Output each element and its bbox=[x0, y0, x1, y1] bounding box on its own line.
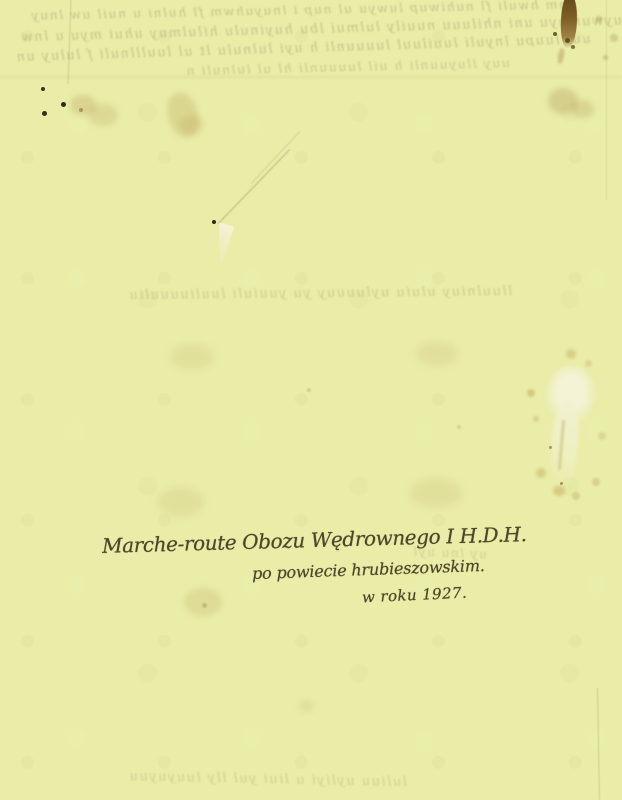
photo-mount-smudge bbox=[410, 478, 462, 508]
scanned-document-page: lnm hwuli fl nuhiwup luwyu ul nup i lnuy… bbox=[0, 0, 622, 800]
stain bbox=[527, 389, 535, 397]
ink-dot bbox=[560, 482, 563, 485]
fold-line bbox=[606, 0, 607, 200]
bleedthrough-line-top-4: uuy lluyuunli h uil luuuunli hl ul lulnu… bbox=[185, 55, 510, 78]
bleedthrough-line-bottom: luliuu uyliyi u liui yul lly luuyuyuu bbox=[128, 769, 407, 790]
stain bbox=[548, 88, 578, 114]
title-line-3: w roku 1927. bbox=[362, 584, 468, 607]
ink-dot bbox=[42, 111, 47, 116]
crease-line bbox=[218, 149, 290, 224]
stain bbox=[603, 55, 608, 60]
stain bbox=[88, 104, 118, 126]
paper-texture bbox=[0, 0, 622, 800]
title-line-2: po powiecie hrubieszowskim. bbox=[252, 556, 485, 583]
ink-dot bbox=[212, 220, 216, 224]
stain bbox=[202, 603, 207, 608]
stain bbox=[533, 416, 539, 422]
repair-patch bbox=[549, 399, 581, 487]
stain bbox=[592, 478, 600, 486]
stain bbox=[610, 34, 618, 42]
stain bbox=[553, 486, 565, 496]
stain bbox=[566, 349, 576, 359]
photo-mount-smudge bbox=[158, 487, 204, 517]
stain bbox=[536, 468, 546, 478]
stain bbox=[572, 100, 594, 118]
fold-line bbox=[597, 688, 600, 800]
fold-line bbox=[0, 76, 622, 78]
stain bbox=[298, 700, 314, 712]
stain bbox=[307, 388, 311, 392]
bleedthrough-line-middle: lluulniuy uluiu uyluuuuy yu yuuiuli luul… bbox=[128, 284, 512, 303]
stain bbox=[585, 360, 592, 367]
ink-dot bbox=[61, 102, 66, 107]
stain bbox=[180, 115, 204, 135]
stain bbox=[70, 95, 96, 115]
crease-line bbox=[251, 131, 300, 184]
repair-patch bbox=[545, 366, 597, 424]
photo-mount-smudge bbox=[170, 344, 214, 370]
stain bbox=[184, 588, 222, 616]
ink-dot bbox=[79, 108, 83, 112]
ink-dot bbox=[41, 87, 45, 91]
stain bbox=[572, 492, 580, 500]
paper-tear-tail bbox=[557, 48, 566, 65]
stain bbox=[598, 432, 606, 440]
stain bbox=[457, 425, 461, 429]
ink-dot bbox=[549, 446, 552, 449]
repair-patch-shadow bbox=[558, 420, 565, 470]
surface-scratch bbox=[213, 222, 235, 270]
photo-mount-smudge bbox=[416, 342, 458, 366]
stain bbox=[163, 89, 204, 141]
